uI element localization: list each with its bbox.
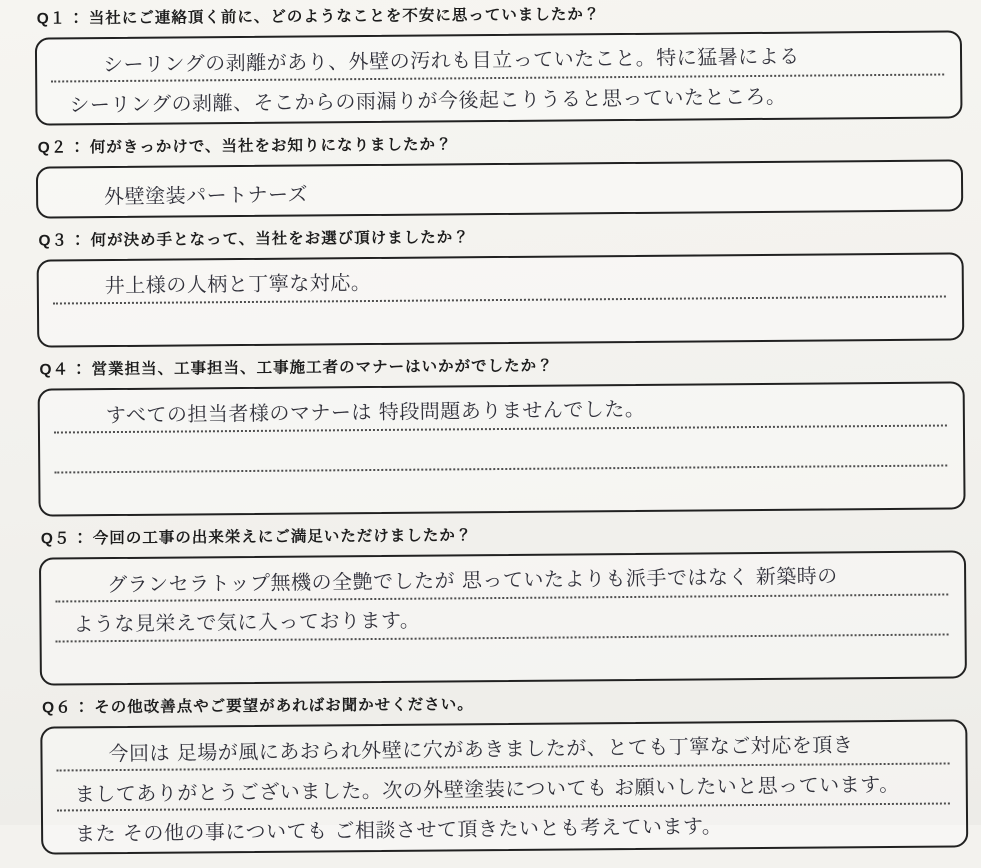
question-label: Q３：何が決め手となって、当社をお選び頂けましたか？ (38, 224, 963, 251)
question-section-Q４: Q４：営業担当、工事担当、工事施工者のマナーはいかがでしたか？ すべての担当者様… (37, 353, 965, 516)
handwritten-answer-line: 外壁塗装パートナーズ (52, 178, 308, 214)
handwritten-answer-line: 今回は 足場が風にあおられ外壁に穴があきましたが、とても丁寧なご対応を頂き (56, 729, 853, 772)
question-text: 何がきっかけで、当社をお知りになりましたか？ (90, 136, 453, 156)
question-text: 何が決め手となって、当社をお選び頂けましたか？ (90, 229, 469, 249)
answer-row: グランセラトップ無機の全艶でしたが 思っていたよりも派手ではなく 新築時の (55, 555, 948, 602)
handwritten-answer-line: ような見栄えで気に入っております。 (55, 604, 420, 641)
answer-row: 外壁塗装パートナーズ (52, 165, 945, 214)
answer-box: 今回は 足場が風にあおられ外壁に穴があきましたが、とても丁寧なご対応を頂きまして… (40, 719, 968, 825)
question-section-Q５: Q５：今回の工事の出来栄えにご満足いただけましたか？ グランセラトップ無機の全艶… (39, 522, 967, 685)
questionnaire-content: Q１：当社にご連絡頂く前に、どのようなことを不安に思っていましたか？ シーリング… (35, 2, 969, 825)
handwritten-answer-line: シーリングの剥離、そこからの雨漏りが今後起こりうると思っていたところ。 (51, 80, 786, 122)
question-separator: ： (70, 530, 93, 547)
answer-box: すべての担当者様のマナーは 特段問題ありませんでした。 (38, 381, 966, 516)
question-separator: ： (67, 139, 90, 156)
handwritten-answer-line: また その他の事についても ご相談させて頂きたいとも考えています。 (57, 810, 723, 825)
question-text: 営業担当、工事担当、工事施工者のマナーはいかがでしたか？ (91, 358, 553, 379)
answer-row: シーリングの剥離、そこからの雨漏りが今後起こりうると思っていたところ。 (51, 76, 944, 121)
question-label: Q４：営業担当、工事担当、工事施工者のマナーはいかがでしたか？ (39, 353, 964, 380)
question-section-Q２: Q２：何がきっかけで、当社をお知りになりましたか？ 外壁塗装パートナーズ (36, 131, 964, 218)
question-separator: ： (72, 699, 95, 716)
question-number: Q１ (37, 10, 67, 27)
answer-row (53, 298, 946, 343)
question-text: その他改善点やご要望があればお聞かせください。 (94, 696, 474, 716)
question-separator: ： (66, 10, 89, 27)
question-label: Q１：当社にご連絡頂く前に、どのようなことを不安に思っていましたか？ (37, 2, 962, 29)
answer-row (54, 427, 947, 474)
question-label: Q６：その他改善点やご要望があればお聞かせください。 (42, 691, 967, 718)
handwritten-answer-line: シーリングの剥離があり、外壁の汚れも目立っていたこと。特に猛暑による (51, 40, 800, 82)
question-number: Q６ (42, 699, 72, 716)
handwritten-answer-line: グランセラトップ無機の全艶でしたが 思っていたよりも派手ではなく 新築時の (55, 560, 838, 603)
answer-box: シーリングの剥離があり、外壁の汚れも目立っていたこと。特に猛暑によるシーリングの… (35, 30, 963, 125)
question-number: Q３ (38, 232, 68, 249)
question-section-Q６: Q６：その他改善点やご要望があればお聞かせください。 今回は 足場が風にあおられ… (40, 691, 968, 825)
question-number: Q４ (39, 361, 69, 378)
answer-row: ような見栄えで気に入っております。 (55, 595, 948, 642)
question-text: 当社にご連絡頂く前に、どのようなことを不安に思っていましたか？ (89, 6, 601, 27)
handwritten-answer-line: ましてありがとうございました。次の外壁塗装についても お願いしたいと思っています… (57, 768, 900, 811)
answer-row: ましてありがとうございました。次の外壁塗装についても お願いしたいと思っています… (57, 764, 950, 811)
scanned-questionnaire-sheet: Q１：当社にご連絡頂く前に、どのようなことを不安に思っていましたか？ シーリング… (0, 0, 981, 825)
handwritten-answer-line: 井上様の人柄と丁寧な対応。 (53, 266, 372, 303)
answer-row (54, 467, 947, 512)
answer-row: すべての担当者様のマナーは 特段問題ありませんでした。 (54, 387, 947, 434)
question-text: 今回の工事の出来栄えにご満足いただけましたか？ (93, 527, 473, 547)
question-label: Q２：何がきっかけで、当社をお知りになりましたか？ (38, 131, 963, 158)
question-number: Q２ (38, 139, 68, 156)
answer-box: 井上様の人柄と丁寧な対応。 (37, 252, 965, 347)
answer-row: シーリングの剥離があり、外壁の汚れも目立っていたこと。特に猛暑による (51, 36, 944, 83)
question-separator: ： (69, 361, 92, 378)
answer-row (56, 635, 949, 680)
question-section-Q３: Q３：何が決め手となって、当社をお選び頂けましたか？ 井上様の人柄と丁寧な対応。 (36, 224, 964, 347)
answer-box: グランセラトップ無機の全艶でしたが 思っていたよりも派手ではなく 新築時のような… (39, 550, 967, 685)
question-label: Q５：今回の工事の出来栄えにご満足いただけましたか？ (41, 522, 966, 549)
question-section-Q１: Q１：当社にご連絡頂く前に、どのようなことを不安に思っていましたか？ シーリング… (35, 2, 963, 125)
answer-row: 井上様の人柄と丁寧な対応。 (53, 258, 946, 305)
question-separator: ： (68, 232, 91, 249)
question-number: Q５ (41, 530, 71, 547)
handwritten-answer-line: すべての担当者様のマナーは 特段問題ありませんでした。 (54, 393, 646, 433)
answer-box: 外壁塗装パートナーズ (36, 159, 963, 218)
answer-row: 今回は 足場が風にあおられ外壁に穴があきましたが、とても丁寧なご対応を頂き (56, 724, 949, 771)
